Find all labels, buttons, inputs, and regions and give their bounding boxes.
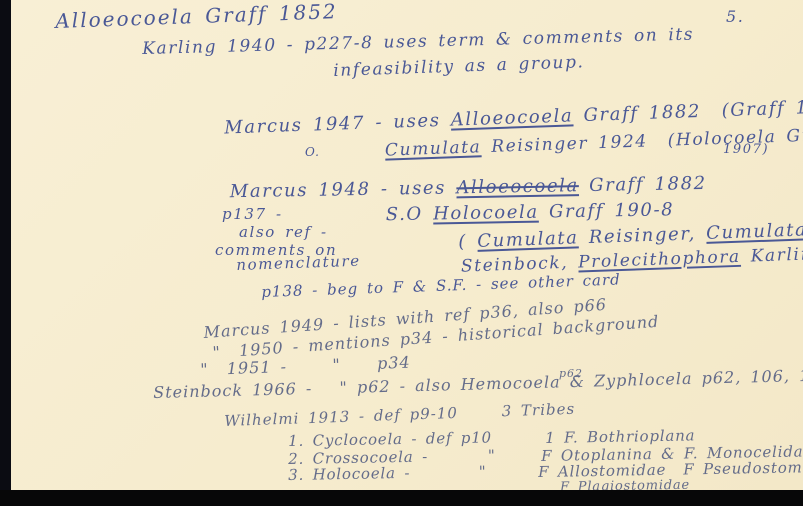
scan-bottom-border bbox=[0, 490, 803, 506]
karling-line-2: infeasibility as a group. bbox=[333, 53, 585, 81]
page-number: 5. bbox=[726, 8, 744, 26]
cumulata-wrap-year: 1907) bbox=[723, 143, 769, 158]
scan-left-border bbox=[0, 0, 11, 506]
tribe-row-3: 3. Holocoela - " bbox=[288, 464, 487, 485]
paren-close: Karling) bbox=[740, 243, 803, 266]
card-title: Alloeocoela Graff 1852 bbox=[55, 0, 338, 33]
taxon-prolecithophora: Prolecithophora bbox=[578, 246, 741, 272]
also-ref-note: also ref - bbox=[239, 224, 328, 241]
index-card: Alloeocoela Graff 1852 5. Karling 1940 -… bbox=[11, 0, 803, 490]
nomenclature-note: nomenclature bbox=[236, 253, 361, 275]
marcus-1948-superscript-o: O. bbox=[305, 146, 320, 160]
wilhelmi-header-line: Wilhelmi 1913 - def p9-10 3 Tribes bbox=[224, 401, 575, 430]
p137-note: p137 - bbox=[222, 206, 283, 223]
karling-line-1: Karling 1940 - p227-8 uses term & commen… bbox=[142, 26, 694, 60]
